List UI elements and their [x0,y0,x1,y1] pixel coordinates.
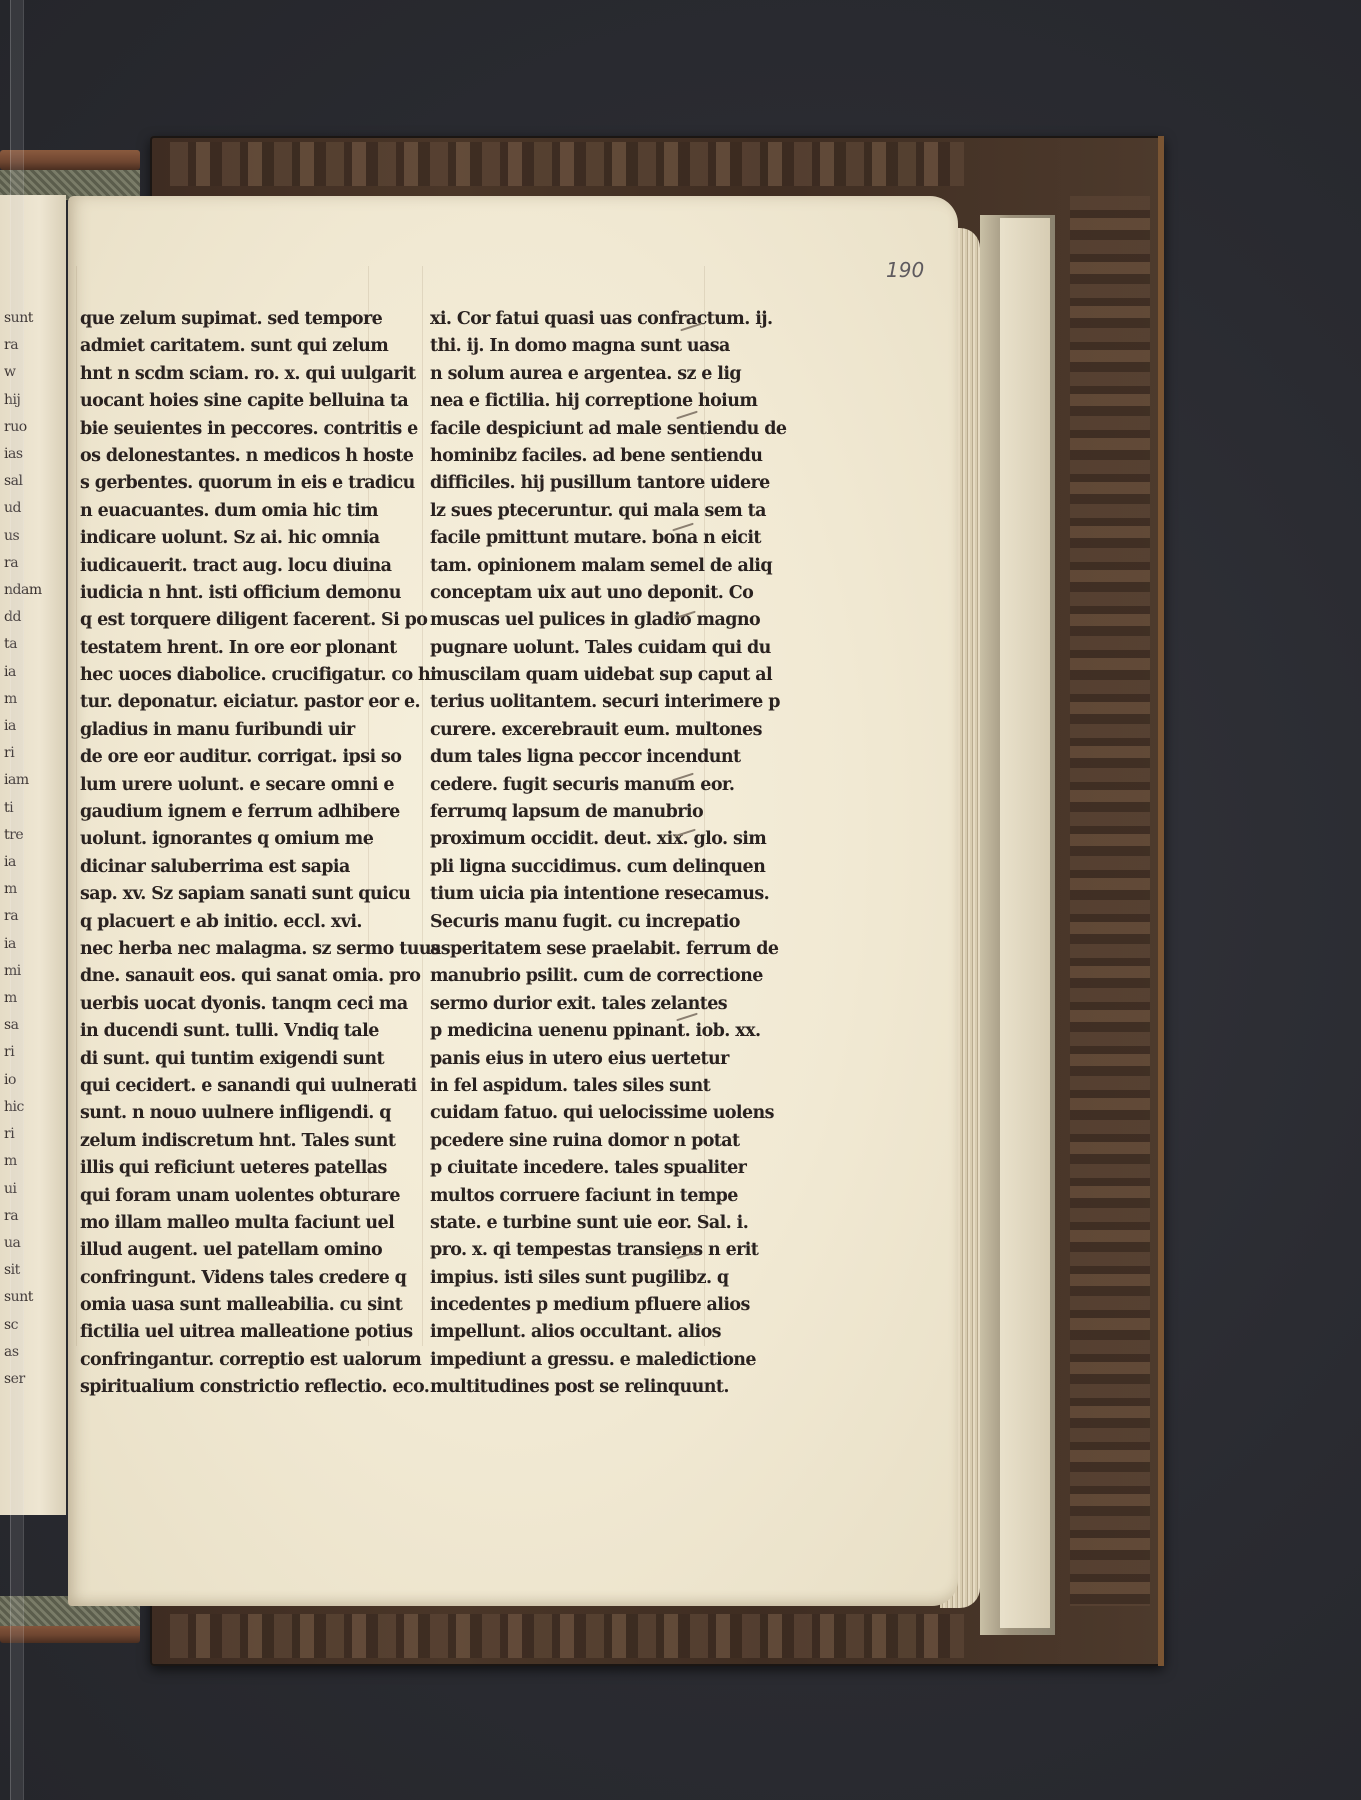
manuscript-line: tium uicia pia intentione resecamus. [430,881,790,908]
manuscript-line: Securis manu fugit. cu increpatio [430,909,790,936]
folio-number: 190 [886,258,924,282]
manuscript-line: terius uolitantem. securi interimere p [430,689,790,716]
manuscript-line: iudicia n hnt. isti officium demonu [80,580,410,607]
blind-tooled-border-top [170,142,964,186]
manuscript-line: state. e turbine sunt uie eor. Sal. i. [430,1210,790,1237]
manuscript-line: asperitatem sese praelabit. ferrum de [430,936,790,963]
manuscript-line: gaudium ignem e ferrum adhibere [80,799,410,826]
manuscript-line: qui cecidert. e sanandi qui uulnerati [80,1073,410,1100]
manuscript-line: gladius in manu furibundi uir [80,717,410,744]
manuscript-line: manubrio psilit. cum de correctione [430,963,790,990]
manuscript-line: sap. xv. Sz sapiam sanati sunt quicu [80,881,410,908]
text-column-b: xi. Cor fatui quasi uas confractum. ij.t… [430,306,790,1402]
manuscript-line: hominibz faciles. ad bene sentiendu [430,443,790,470]
blind-tooled-border-right [1070,196,1150,1606]
manuscript-line: spiritualium constrictio reflectio. eco. [80,1374,410,1401]
manuscript-line: muscas uel pulices in gladio magno [430,607,790,634]
manuscript-line: uocant hoies sine capite belluina ta [80,388,410,415]
manuscript-line: n euacuantes. dum omia hic tim [80,498,410,525]
manuscript-line: qui foram unam uolentes obturare [80,1183,410,1210]
manuscript-line: facile pmittunt mutare. bona n eicit [430,525,790,552]
manuscript-line: difficiles. hij pusillum tantore uidere [430,470,790,497]
cover-edge [1158,136,1164,1666]
manuscript-line: q est torquere diligent facerent. Si po [80,607,410,634]
manuscript-line: uolunt. ignorantes q omium me [80,826,410,853]
ruling-line [422,266,423,1346]
manuscript-line: multitudines post se relinquunt. [430,1374,790,1401]
manuscript-line: illud augent. uel patellam omino [80,1237,410,1264]
manuscript-line: ferrumq lapsum de manubrio [430,799,790,826]
manuscript-line: lz sues pteceruntur. qui mala sem ta [430,498,790,525]
manuscript-line: n solum aurea e argentea. sz e lig [430,361,790,388]
manuscript-line: pugnare uolunt. Tales cuidam qui du [430,635,790,662]
manuscript-line: confringantur. correptio est ualorum [80,1347,410,1374]
manuscript-line: indicare uolunt. Sz ai. hic omnia [80,525,410,552]
manuscript-line: impius. isti siles sunt pugilibz. q [430,1265,790,1292]
manuscript-line: sunt. n nouo uulnere infligendi. q [80,1100,410,1127]
manuscript-line: in fel aspidum. tales siles sunt [430,1073,790,1100]
manuscript-line: tam. opinionem malam semel de aliq [430,553,790,580]
manuscript-line: cedere. fugit securis manum eor. [430,772,790,799]
manuscript-line: conceptam uix aut uno deponit. Co [430,580,790,607]
manuscript-line: proximum occidit. deut. xix. glo. sim [430,826,790,853]
manuscript-line: pli ligna succidimus. cum delinquen [430,854,790,881]
manuscript-line: uerbis uocat dyonis. tanqm ceci ma [80,991,410,1018]
manuscript-line: incedentes p medium pfluere alios [430,1292,790,1319]
manuscript-line: di sunt. qui tuntim exigendi sunt [80,1046,410,1073]
manuscript-line: impediunt a gressu. e maledictione [430,1347,790,1374]
manuscript-line: os delonestantes. n medicos h hoste [80,443,410,470]
manuscript-line: confringunt. Videns tales credere q [80,1265,410,1292]
manuscript-line: pro. x. qi tempestas transiens n erit [430,1237,790,1264]
manuscript-line: tur. deponatur. eiciatur. pastor eor e. [80,689,410,716]
manuscript-line: pcedere sine ruina domor n potat [430,1128,790,1155]
manuscript-line: lum urere uolunt. e secare omni e [80,772,410,799]
manuscript-line: dicinar saluberrima est sapia [80,854,410,881]
manuscript-line: impellunt. alios occultant. alios [430,1319,790,1346]
manuscript-line: omia uasa sunt malleabilia. cu sint [80,1292,410,1319]
manuscript-line: nec herba nec malagma. sz sermo tuus [80,936,410,963]
manuscript-line: de ore eor auditur. corrigat. ipsi so [80,744,410,771]
manuscript-line: que zelum supimat. sed tempore [80,306,410,333]
manuscript-line: hnt n scdm sciam. ro. x. qui uulgarit [80,361,410,388]
ruling-line [76,266,77,1346]
pastedown-leaf [1000,218,1050,1628]
manuscript-line: fictilia uel uitrea malleatione potius [80,1319,410,1346]
manuscript-line: mo illam malleo multa faciunt uel [80,1210,410,1237]
manuscript-line: curere. excerebrauit eum. multones [430,717,790,744]
manuscript-line: testatem hrent. In ore eor plonant [80,635,410,662]
manuscript-line: muscilam quam uidebat sup caput al [430,662,790,689]
recto-page: 190 que zelum supimat. sed temporeadmiet… [68,196,958,1606]
manuscript-line: in ducendi sunt. tulli. Vndiq tale [80,1018,410,1045]
manuscript-line: facile despiciunt ad male sentiendu de [430,416,790,443]
manuscript-line: dum tales ligna peccor incendunt [430,744,790,771]
manuscript-line: dne. sanauit eos. qui sanat omia. pro [80,963,410,990]
manuscript-line: p medicina uenenu ppinant. iob. xx. [430,1018,790,1045]
manuscript-line: multos corruere faciunt in tempe [430,1183,790,1210]
glass-holder-strip [10,0,24,1800]
manuscript-line: zelum indiscretum hnt. Tales sunt [80,1128,410,1155]
manuscript-line: illis qui reficiunt ueteres patellas [80,1155,410,1182]
manuscript-line: sermo durior exit. tales zelantes [430,991,790,1018]
manuscript-line: nea e fictilia. hij correptione hoium [430,388,790,415]
manuscript-line: thi. ij. In domo magna sunt uasa [430,333,790,360]
manuscript-line: admiet caritatem. sunt qui zelum [80,333,410,360]
manuscript-line: cuidam fatuo. qui uelocissime uolens [430,1100,790,1127]
manuscript-line: q placuert e ab initio. eccl. xvi. [80,909,410,936]
text-column-a: que zelum supimat. sed temporeadmiet car… [80,306,410,1402]
manuscript-line: bie seuientes in peccores. contritis e [80,416,410,443]
manuscript-line: panis eius in utero eius uertetur [430,1046,790,1073]
manuscript-line: s gerbentes. quorum in eis e tradicu [80,470,410,497]
manuscript-line: p ciuitate incedere. tales spualiter [430,1155,790,1182]
blind-tooled-border-bottom [170,1614,964,1658]
manuscript-line: iudicauerit. tract aug. locu diuina [80,553,410,580]
manuscript-line: xi. Cor fatui quasi uas confractum. ij. [430,306,790,333]
manuscript-line: hec uoces diabolice. crucifigatur. co hi [80,662,410,689]
